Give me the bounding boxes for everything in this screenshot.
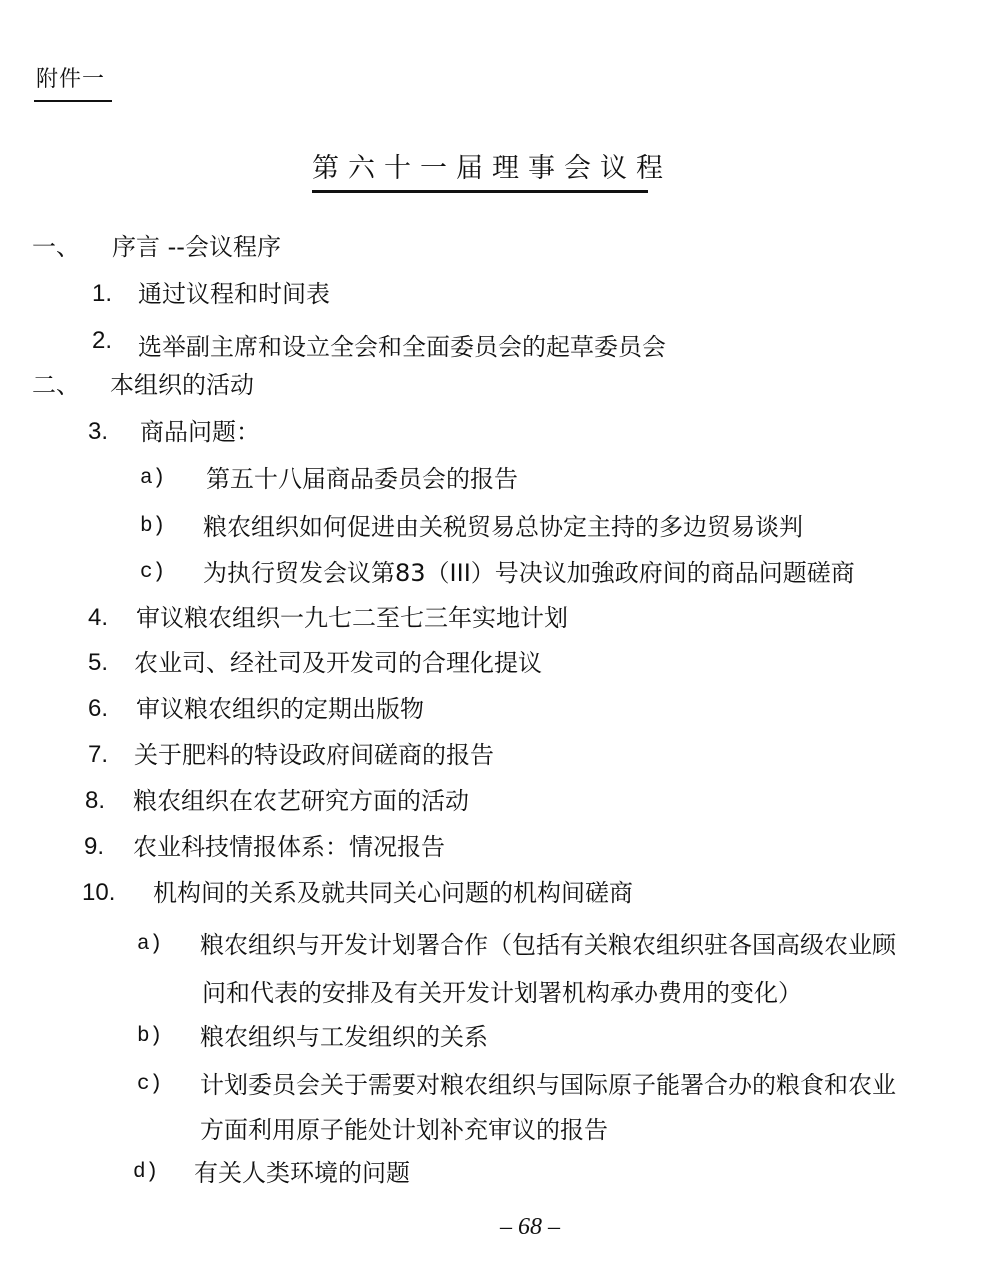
- agenda-subitem-continuation: 问和代表的安排及有关开发计划署机构承办费用的变化）: [202, 978, 802, 1008]
- subitem-letter: c): [140, 558, 165, 588]
- subitem-letter: a): [137, 930, 162, 960]
- agenda-item: 通过议程和时间表: [138, 279, 330, 309]
- agenda-item: 农业科技情报体系：情况报告: [133, 832, 445, 862]
- agenda-item: 审议粮农组织的定期出版物: [136, 694, 424, 724]
- section-title: 序言 --会议程序: [112, 232, 281, 262]
- agenda-item: 农业司、经社司及开发司的合理化提议: [134, 648, 542, 678]
- item-number: 4.: [88, 603, 108, 633]
- page-number: – 68 –: [500, 1214, 560, 1241]
- section-marker: 一、: [32, 232, 80, 262]
- item-number: 8.: [85, 786, 105, 816]
- subitem-letter: b): [140, 512, 165, 542]
- item-number: 1.: [92, 279, 112, 309]
- agenda-subitem: 粮农组织与开发计划署合作（包括有关粮农组织驻各国高级农业顾: [200, 930, 896, 960]
- agenda-item: 商品问题：: [140, 417, 260, 447]
- agenda-subitem: 粮农组织与工发组织的关系: [200, 1022, 488, 1052]
- agenda-subitem: 为执行贸发会议第83（III）号决议加強政府间的商品问题磋商: [203, 558, 855, 588]
- item-number: 9.: [84, 832, 104, 862]
- section-title: 本组织的活动: [110, 370, 254, 400]
- item-number: 3.: [88, 417, 108, 447]
- agenda-subitem: 第五十八届商品委员会的报告: [206, 464, 518, 494]
- item-number: 2.: [92, 326, 112, 356]
- subitem-letter: b): [137, 1022, 162, 1052]
- agenda-item: 粮农组织在农艺研究方面的活动: [133, 786, 469, 816]
- agenda-item: 审议粮农组织一九七二至七三年实地计划: [136, 603, 568, 633]
- section-marker: 二、: [32, 370, 80, 400]
- agenda-item: 选举副主席和设立全会和全面委员会的起草委员会: [138, 332, 666, 362]
- agenda-subitem: 有关人类环境的问题: [194, 1158, 410, 1188]
- title-underline: [312, 190, 648, 193]
- subitem-letter: c): [137, 1070, 162, 1100]
- page-title: 第六十一届理事会议程: [312, 146, 672, 185]
- annex-underline: [34, 100, 112, 102]
- item-number: 7.: [88, 740, 108, 770]
- item-number: 10.: [82, 878, 115, 908]
- agenda-subitem: 计划委员会关于需要对粮农组织与国际原子能署合办的粮食和农业: [200, 1070, 896, 1100]
- annex-label: 附件一: [36, 62, 105, 93]
- agenda-item: 关于肥料的特设政府间磋商的报告: [134, 740, 494, 770]
- subitem-letter: d): [133, 1158, 158, 1188]
- agenda-item: 机构间的关系及就共同关心问题的机构间磋商: [153, 878, 633, 908]
- agenda-subitem: 粮农组织如何促进由关税贸易总协定主持的多边贸易谈判: [203, 512, 803, 542]
- subitem-letter: a): [140, 464, 165, 494]
- item-number: 5.: [88, 648, 108, 678]
- item-number: 6.: [88, 694, 108, 724]
- agenda-subitem-continuation: 方面利用原子能处计划补充审议的报告: [200, 1115, 608, 1145]
